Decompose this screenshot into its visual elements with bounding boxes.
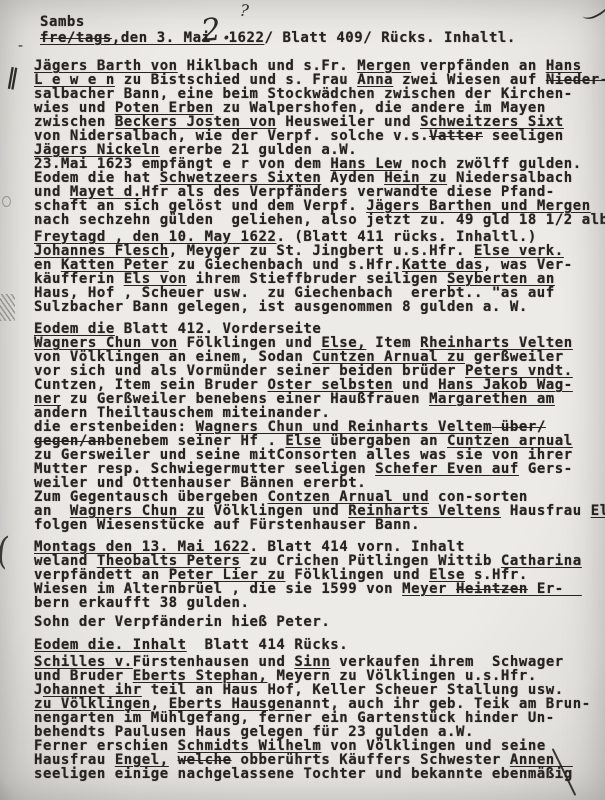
text-line: Hausfrau Engel, welche obberührts Käuffe… <box>34 753 591 767</box>
margin-parallel-mark: ‖ <box>5 63 20 91</box>
text-line: andern Theiltauschem miteinander. <box>34 406 605 420</box>
text-block-header: Sambsfre/tags,den 3. Mai 1622/ Blatt 409… <box>40 14 516 46</box>
text-line: Jägers Nickeln ererbe 21 gulden a.W. <box>34 143 605 157</box>
text-line: vor sich und als Vormünder seiner beiden… <box>34 364 605 378</box>
text-segment: Er- <box>528 581 582 597</box>
text-segment: seeligen einige nachgelassene Tochter un… <box>34 766 573 782</box>
text-line: zu Völklingen, Eberts Hausgenannt, auch … <box>34 697 591 711</box>
text-line: Zum Gegentausch übergeben Contzen Arnual… <box>34 490 605 504</box>
text-block-n2: Eodem die. Inhalt Blatt 414 Rücks. <box>34 638 348 652</box>
text-segment: Margarethen am <box>429 391 555 407</box>
text-segment: bern erkaufft 38 gulden. <box>34 595 250 611</box>
text-segment: Meyer <box>402 581 456 597</box>
text-line: ner zu Gerßweiler benebens einer Haußfra… <box>34 392 605 406</box>
text-segment: folgen Wiesenstücke auf Fürstenhauser Ba… <box>34 517 420 533</box>
text-segment: Blatt 414 Rücks. <box>187 637 349 653</box>
text-line: bern erkaufft 38 gulden. <box>34 596 582 610</box>
text-line: fre/tags,den 3. Mai 1622/ Blatt 409/ Rüc… <box>40 30 516 46</box>
text-line: verpfändett an Peter Lier zu Fölklingen … <box>34 568 582 582</box>
text-line: nach sechzehn gülden geliehen, also jetz… <box>34 213 605 227</box>
text-line: Schilles v.Fürstenhausen und Sinn verkau… <box>34 655 591 669</box>
text-block-e1: Jägers Barth von Hiklbach und s.Fr. Merg… <box>34 59 605 227</box>
text-segment: ,den 3. Mai 1622 <box>112 30 265 46</box>
text-line: und Bruder Eberts Stephan, Meyern zu Völ… <box>34 669 591 683</box>
text-segment: Sambs <box>40 14 85 30</box>
pencil-scribble <box>0 294 15 321</box>
text-segment: / Blatt 409/ Rücks. Inhaltl. <box>264 30 515 46</box>
text-line: käufferin Els von ihrem Stieffbruder sei… <box>34 272 573 286</box>
text-segment: Heintzen <box>456 581 528 597</box>
text-block-e2: Freytagd , den 10. May 1622. (Blatt 411 … <box>34 230 573 314</box>
text-segment: seeligen <box>483 128 564 144</box>
text-line: 23.Mai 1623 empfängt e r von dem Hans Le… <box>34 157 605 171</box>
text-line: Eodem die Blatt 412. Vorderseite <box>34 322 605 336</box>
text-line: Freytagd , den 10. May 1622. (Blatt 411 … <box>34 230 573 244</box>
text-line: behendts Paulusen Haus gelegen für 23 gu… <box>34 725 591 739</box>
text-line: die erstenbeiden: Wagners Chun und Reinh… <box>34 420 605 434</box>
text-line: Wagners Chun von Fölklingen und Else, It… <box>34 336 605 350</box>
text-line: gegen/anbenebem seiner Hf . Else übergab… <box>34 434 605 448</box>
text-line: Sohn der Verpfänderin hieß Peter. <box>34 615 330 629</box>
text-line: Jägers Barth von Hiklbach und s.Fr. Merg… <box>34 59 605 73</box>
text-line: nengarten im Mühlgefang, ferner ein Gart… <box>34 711 591 725</box>
text-segment: Hausfrau <box>501 503 591 519</box>
text-line: zu Gersweiler und seine mitConsorten all… <box>34 448 605 462</box>
text-line: weiler und Ottenhauser Bännen ererbt. <box>34 476 605 490</box>
text-line: en Katten Peter zu Giechenbach und s.Hfr… <box>34 258 573 272</box>
scanned-document-page: 2. ? - ‖ ( Sambsfre/tags,den 3. Mai 1622… <box>0 0 605 800</box>
text-line: wies und Poten Erben zu Walpershofen, di… <box>34 101 605 115</box>
text-line: Eodem die hat Schwetzeers Sixten Ayden H… <box>34 171 605 185</box>
text-line: an Wagners Chun zu Völklingen und Reinha… <box>34 504 605 518</box>
text-line: und Mayet d.Hfr als des Verpfänders verw… <box>34 185 605 199</box>
text-segment: Else <box>591 503 605 519</box>
text-line: von Nidersalbach, wie der Verpf. solche … <box>34 129 605 143</box>
text-line: weland Theobalts Peters zu Crichen Pütli… <box>34 554 582 568</box>
text-block-n1: Sohn der Verpfänderin hieß Peter. <box>34 615 330 629</box>
text-line: Johannet ihr teil an Haus Hof, Keller Sc… <box>34 683 591 697</box>
text-segment: fre/tags <box>40 30 112 46</box>
text-line: Montags den 13. Mai 1622. Blatt 414 vorn… <box>34 540 582 554</box>
text-segment: Sohn der Verpfänderin hieß Peter. <box>34 614 330 630</box>
text-segment: Vatter <box>429 128 483 144</box>
text-line: Sulzbacher Bann gelegen, ist ausgenommen… <box>34 300 573 314</box>
text-block-e4: Montags den 13. Mai 1622. Blatt 414 vorn… <box>34 540 582 610</box>
text-block-e3: Eodem die Blatt 412. VorderseiteWagners … <box>34 322 605 532</box>
margin-dash-mark: - <box>18 36 23 54</box>
text-line: folgen Wiesenstücke auf Fürstenhauser Ba… <box>34 518 605 532</box>
text-line: Mutter resp. Schwiegermutter seeligen Sc… <box>34 462 605 476</box>
text-line: Cuntzen, Item sein Bruder Oster selbsten… <box>34 378 605 392</box>
text-segment: Sulzbacher Bann gelegen, ist ausgenommen… <box>34 299 528 315</box>
text-line: seeligen einige nachgelassene Tochter un… <box>34 767 591 781</box>
text-line: Wiesen im Alternbrüel , die sie 1599 von… <box>34 582 582 596</box>
text-line: salbacher Bann, eine beim Stockwädchen z… <box>34 87 605 101</box>
handwritten-corner-stroke <box>576 0 605 23</box>
pencil-dot-mark <box>2 196 11 207</box>
text-segment: Eodem die. Inhalt <box>34 637 187 653</box>
text-segment: Schefer Even auf <box>375 461 519 477</box>
text-segment: Gers- <box>519 461 573 477</box>
text-line: L e w e n zu Bistschied und s. Frau Anna… <box>34 73 605 87</box>
text-block-e5: Schilles v.Fürstenhausen und Sinn verkau… <box>34 655 591 781</box>
text-line: schaft an sich gelöst und dem Verpf. Jäg… <box>34 199 605 213</box>
text-line: Eodem die. Inhalt Blatt 414 Rücks. <box>34 638 348 652</box>
text-line: Ferner erschien Schmidts Wilhelm von Völ… <box>34 739 591 753</box>
text-line: Haus, Hof , Scheuer usw. zu Giechenbach … <box>34 286 573 300</box>
text-line: Sambs <box>40 14 516 30</box>
text-line: von Völklingen an einem, Sodan Cuntzen A… <box>34 350 605 364</box>
text-segment: nach sechzehn gülden geliehen, also jetz… <box>34 212 605 228</box>
text-line: Johannes Flesch, Meyger zu St. Jingbert … <box>34 244 573 258</box>
text-line: zwischen Beckers Josten von Heusweiler u… <box>34 115 605 129</box>
margin-paren-mark: ( <box>0 529 11 574</box>
